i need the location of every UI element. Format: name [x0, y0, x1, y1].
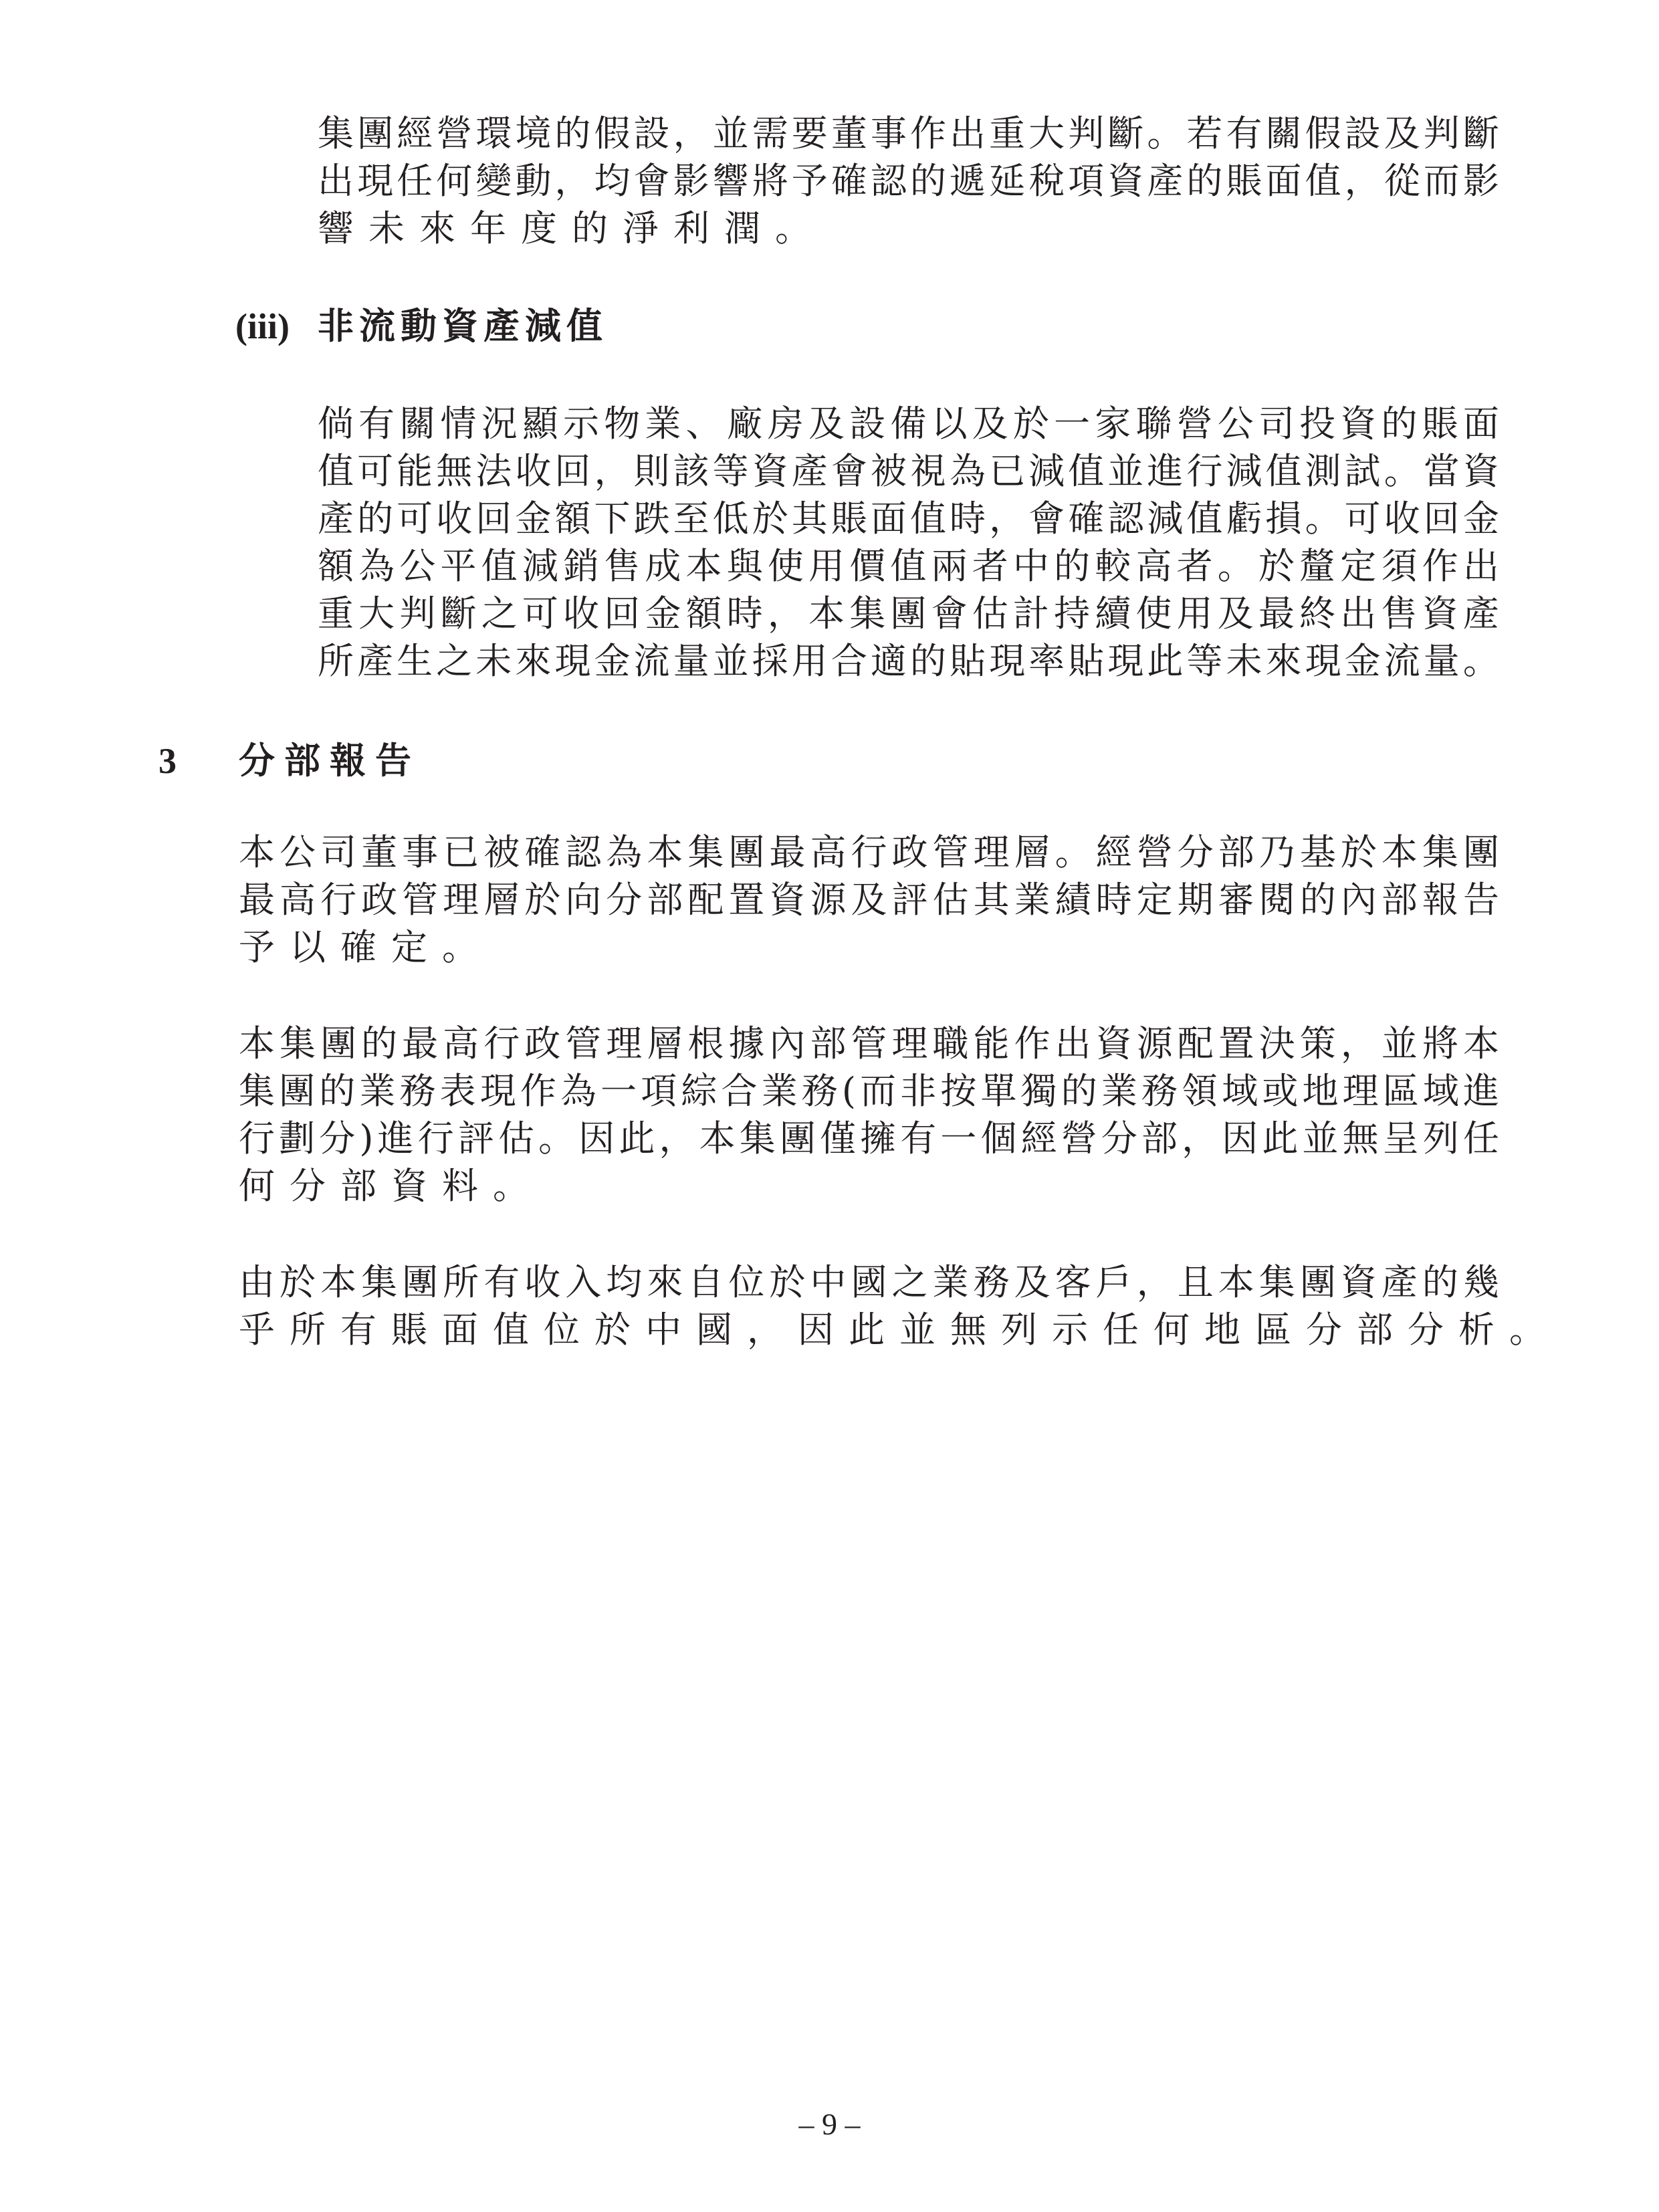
text-line: 何分部資料。	[239, 1166, 544, 1206]
text-line: 由於本集團所有收入均來自位於中國之業務及客戶，且本集團資產的幾	[239, 1262, 1499, 1303]
text-line: 額為公平值減銷售成本與使用價值兩者中的較高者。於釐定須作出	[318, 546, 1499, 586]
section-number: 3	[158, 741, 177, 781]
text-line: 產的可收回金額下跌至低於其賬面值時，會確認減值虧損。可收回金	[318, 499, 1499, 539]
text-line: 倘有關情況顯示物業、廠房及設備以及於一家聯營公司投資的賬面	[318, 404, 1499, 444]
section-title: 分部報告	[239, 741, 421, 781]
subsection-number: (iii)	[235, 306, 290, 346]
page-number: – 9 –	[0, 2106, 1659, 2142]
text-line: 乎所有賬面值位於中國，因此並無列示任何地區分部分析。	[239, 1310, 1560, 1350]
text-line: 本公司董事已被確認為本集團最高行政管理層。經營分部乃基於本集團	[239, 833, 1499, 873]
text-line: 集團的業務表現作為一項綜合業務(而非按單獨的業務領域或地理區域進	[239, 1071, 1499, 1111]
subsection-title: 非流動資產減值	[318, 306, 608, 346]
text-line: 集團經營環境的假設，並需要董事作出重大判斷。若有關假設及判斷	[318, 114, 1499, 154]
text-line: 所產生之未來現金流量並採用合適的貼現率貼現此等未來現金流量。	[318, 641, 1499, 681]
text-line: 本集團的最高行政管理層根據內部管理職能作出資源配置決策，並將本	[239, 1024, 1499, 1064]
text-line: 最高行政管理層於向分部配置資源及評估其業績時定期審閱的內部報告	[239, 880, 1499, 920]
text-line: 出現任何變動，均會影響將予確認的遞延稅項資產的賬面值，從而影	[318, 161, 1499, 201]
text-line: 響未來年度的淨利潤。	[318, 209, 826, 249]
text-line: 行劃分)進行評估。因此，本集團僅擁有一個經營分部，因此並無呈列任	[239, 1119, 1499, 1159]
text-line: 重大判斷之可收回金額時，本集團會估計持續使用及最終出售資產	[318, 594, 1499, 634]
text-line: 予以確定。	[239, 927, 493, 968]
text-line: 值可能無法收回，則該等資產會被視為已減值並進行減值測試。當資	[318, 451, 1499, 491]
